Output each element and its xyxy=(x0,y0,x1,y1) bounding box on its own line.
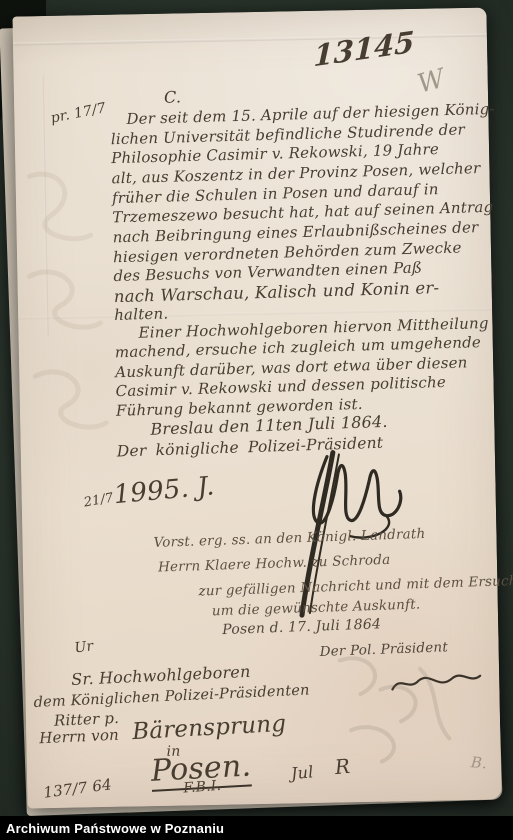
praesentatum-margin-note: pr. 17/7 xyxy=(49,100,107,126)
docket-number: 1995. J. xyxy=(112,471,215,510)
clerk-initial-2: R xyxy=(334,754,351,779)
archive-caption-bar: Archiwum Państwowe w Poznaniu xyxy=(0,816,513,840)
clerk-initial-1: Jul xyxy=(290,762,314,783)
note-ur: Ur xyxy=(74,638,95,656)
document-page: 13145 W C. pr. 17/7 Der seit dem 15. Apr… xyxy=(12,8,501,809)
letter-line: halten. xyxy=(114,304,169,324)
ink-bleedthrough xyxy=(19,155,115,477)
forward-dateline: Posen d. 17. Juli 1864 xyxy=(222,616,381,638)
docket-date: 21/7 xyxy=(83,491,115,511)
file-reference: 137/7 64 xyxy=(42,775,112,801)
pencil-initial-bottom: B. xyxy=(470,753,488,772)
registry-number: 13145 xyxy=(313,24,415,73)
letterhead-mark: C. xyxy=(164,87,182,106)
file-reference-volume: F.B.I. xyxy=(183,778,222,797)
address-name: Bärensprung xyxy=(132,711,287,745)
fold-crease-top xyxy=(13,34,487,46)
address-honorific: Sr. Hochwohlgeboren xyxy=(71,662,251,689)
archival-scan-viewport: 13145 W C. pr. 17/7 Der seit dem 15. Apr… xyxy=(0,0,513,840)
pencil-initial-top: W xyxy=(414,64,448,100)
address-name-prefix: Herrn von xyxy=(39,726,119,748)
archive-name: Archiwum Państwowe w Poznaniu xyxy=(0,821,224,836)
